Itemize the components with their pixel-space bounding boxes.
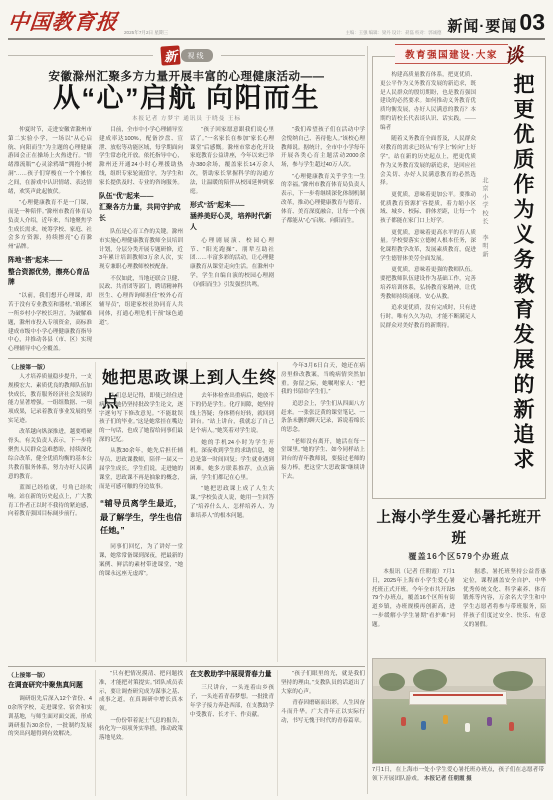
- bottom-band: （上接第一版） 在调查研究中聚焦真问题 调研组先后深入12个省份、40余所学校，…: [8, 670, 365, 796]
- dajiatan-badge-calligraphy: 谈: [502, 39, 525, 68]
- masthead-credits: 主编：王强 编辑：梁丹 设计：聂磊 校对：郭诚德: [346, 30, 442, 36]
- paragraph: 更优质，意味着更加公平。要推动优质教育资源扩容提质，着力缩小区域、城乡、校际、群…: [380, 191, 476, 226]
- paragraph: 不仅如此，当地还联合卫健、民政、共青团等部门，聘请精神科医生、心理咨询师担任“校…: [99, 275, 183, 328]
- band-rule: [8, 358, 365, 359]
- bottom-subhead-1: 在调查研究中聚焦真问题: [8, 681, 92, 692]
- paragraph: 青春因磨砺而出彩，人生因奋斗而升华。广大青年正以实际行动，书写无愧于时代的青春篇…: [281, 699, 365, 725]
- pull-quote: “辅导员离学生最近，最了解学生，学生也信任她。”: [100, 497, 182, 539]
- paragraph: 队伍是心育工作的关键。滁州市实施心理健康教育教师全员培训计划，分层分类开展专题研…: [99, 228, 183, 272]
- article-column: “我们希望孩子们在活动中学会悦纳自己、善待他人。”该校心理教师说。据统计，全市中…: [281, 126, 365, 354]
- paragraph: 本报讯（记者 任朝霞）7月1日，2025年上海市小学生爱心暑托班正式开班。今年全…: [372, 568, 455, 630]
- paragraph: “以前，我们想开心理课，却苦于没有专业教室和器材。”琅琊区一所乡村小学校长坦言。…: [8, 292, 92, 354]
- paragraph: 更优质，意味着更高水平的育人质量。学校要落实立德树人根本任务，深化课程教学改革，…: [380, 229, 476, 264]
- shanghai-headline: 上海小学生爱心暑托班开班: [372, 506, 546, 548]
- photo-banner: [409, 691, 507, 705]
- subhead-line2: 涵养美好心灵，培养时代新人: [190, 212, 274, 233]
- dajiatan-vertical-headline: 把更优质作为义务教育发展的新追求: [509, 73, 535, 483]
- paragraph: 更优质，意味着更强的教师队伍。要把教师队伍建设作为基础工作，完善培养培训体系，弘…: [380, 266, 476, 301]
- paragraph: 目前，全市中小学心理辅导室建成率达100%，配备沙盘、宣泄、放松等功能区域，每学…: [99, 126, 183, 188]
- region-divider: [367, 46, 368, 794]
- paragraph: 从教30余年，她先后担任辅导员、思政课教师，陪伴一届又一届学生成长。学生们说，走…: [99, 447, 183, 491]
- newspaper-page: 中国教育报 2025年7月2日 星期三 主编：王强 编辑：梁丹 设计：聂磊 校对…: [0, 0, 553, 800]
- shanghai-dek: 覆盖16个区579个办班点: [372, 551, 546, 562]
- photo-figure: [509, 722, 514, 731]
- paragraph: 随着义务教育全面普及，人民群众对教育的需求已经从“有学上”转向“上好学”。站在新…: [380, 135, 476, 188]
- badge-rule-left: [8, 55, 153, 56]
- band-rule: [8, 666, 365, 667]
- paragraph: 改革越向纵深推进，越要啃硬骨头。有关负责人表示，下一步将聚焦人民群众急难愁盼，持…: [8, 428, 92, 481]
- masthead: 中国教育报 2025年7月2日 星期三 主编：王强 编辑：梁丹 设计：聂磊 校对…: [8, 6, 545, 36]
- topic-badge: 新 视线: [8, 46, 365, 65]
- header-rule: [8, 38, 545, 40]
- left-region: 新 视线 安徽滁州汇聚多方力量开展丰富的心理健康活动—— 从“心”启航 向阳而生…: [8, 44, 365, 796]
- paragraph: “孩子们眼里的光，就是我们坚持的理由。”支教队员的话道出了大家的心声。: [281, 670, 365, 696]
- dajiatan-badge-label: 教育强国建设·大家: [395, 44, 508, 64]
- jump-note: （上接第一版）: [8, 670, 92, 679]
- new-badge-icon: 新: [160, 45, 180, 65]
- paragraph: “心理健康教育关乎学生一生的幸福。”滁州市教育体育局负责人表示，下一步将继续深化…: [281, 173, 365, 226]
- photo-caption: 7月1日，在上海市一处小学生爱心暑托班办班点，孩子们在志愿者带领下开展团队游戏。…: [372, 766, 544, 784]
- badge-rule-right: [221, 55, 366, 56]
- right-region: 教育强国建设·大家 谈 构建高质量教育体系，把更优质、更公平作为义务教育发展的新…: [372, 44, 546, 796]
- photo-figure: [465, 723, 470, 732]
- masthead-date: 2025年7月2日 星期三: [124, 30, 168, 36]
- section-title: 新闻·要闻: [447, 15, 517, 36]
- photo-figure: [487, 717, 492, 726]
- subhead-line1: 阵地“搭”起来——: [8, 256, 92, 267]
- dajiatan-badge: 教育强国建设·大家 谈: [372, 44, 546, 64]
- subhead-line2: 整合资源优势，擦亮心育品牌: [8, 268, 92, 289]
- paragraph: “我们希望孩子们在活动中学会悦纳自己、善待他人。”该校心理教师说。据统计，全市中…: [281, 126, 365, 170]
- article-column: 今年3月6日白天，她还在病房里修改教案，当晚病情突然加重。弥留之际，她嘱咐家人：…: [281, 362, 365, 662]
- article-column: 目前，全市中小学心理辅导室建成率达100%，配备沙盘、宣泄、放松等功能区域，每学…: [99, 126, 183, 354]
- bottom-subhead-2: 在支教助学中展现青春力量: [190, 670, 274, 681]
- jump-article-column: （上接第一版） 人才培养质量稳步提升，一支规模宏大、素质优良的教师队伍加快成长，…: [8, 362, 92, 662]
- paragraph: 调研组先后深入12个省份、40余所学校，走进课堂、宿舍和实训基地，与师生面对面交…: [8, 695, 92, 739]
- article-column: 在支教助学中展现青春力量 三尺讲台，一头连着山乡孩子，一头连着青春梦想。一批批青…: [190, 670, 274, 796]
- photo-credit: 本报记者 任朝霞 摄: [424, 776, 472, 782]
- paragraph: 去年体检查出重病后，她放不下的仍是学生。化疗间隙，她坚持线上答疑；身体稍有好转，…: [190, 392, 274, 436]
- dajiatan-box: 构建高质量教育体系，把更优质、更公平作为义务教育发展的新追求，既是人民群众的殷切…: [372, 56, 546, 499]
- paragraph: 同事们回忆，为了讲好一堂课，她常常备课到深夜，把最新的案例、鲜活的素材带进课堂，…: [99, 543, 183, 578]
- middle-band: （上接第一版） 人才培养质量稳步提升，一支规模宏大、素质优良的教师队伍加快成长，…: [8, 362, 365, 662]
- photo-figure: [443, 715, 448, 724]
- article-column: “孩子们眼里的光，就是我们坚持的理由。”支教队员的话道出了大家的心声。 青春因磨…: [281, 670, 365, 796]
- photo-figure: [421, 721, 426, 730]
- shanghai-article: 上海小学生爱心暑托班开班 覆盖16个区579个办班点 本报讯（记者 任朝霞）7月…: [372, 506, 546, 676]
- jump-article-column: （上接第一版） 在调查研究中聚焦真问题 调研组先后深入12个省份、40余所学校，…: [8, 670, 92, 796]
- paragraph: 她的手机24小时为学生开机。深夜收到学生的求助信息，她总是第一时间回复；学生就业…: [190, 439, 274, 483]
- column-rule: [277, 362, 278, 662]
- photo-ground: [373, 699, 545, 763]
- photo-tree: [413, 669, 447, 691]
- paragraph: 人们总是记得，即使已经住进病房，她仍坚持批改学生论文，逐字逐句写下修改意见。“不…: [99, 392, 183, 445]
- page-number: 03: [519, 9, 545, 36]
- paragraph: 追求更优质，没有完成时，只有进行时。唯有久久为功，才能不断满足人民群众对美好教育…: [380, 304, 476, 330]
- paragraph: 三尺讲台，一头连着山乡孩子，一头连着青春梦想。一批批青年学子接力奔赴西部，在支教…: [190, 684, 274, 719]
- paragraph: 心理剧展演、校园心理节、“阳光跑操”、朋辈互助社团……丰富多彩的活动，让心理健康…: [190, 237, 274, 290]
- photo-tree: [379, 673, 405, 691]
- paragraph: “孩子回家愿意跟我们说心里话了。”一名家长在参加“家长心理课堂”后感慨。滁州市常…: [190, 126, 274, 197]
- subhead-line2: 汇聚各方力量，共同守护成长: [99, 203, 183, 224]
- paragraph: “她把思政课上成了人生大课。”学校负责人说，她用一生回答了“培养什么人、怎样培养…: [190, 485, 274, 520]
- main-byline: 本报记者 方梦宇 通讯员 于晓曼 王标: [8, 114, 365, 122]
- column-rule: [186, 670, 187, 796]
- main-headline: 从“心”启航 向阳而生: [8, 84, 365, 114]
- dajiatan-author: 北京小学校长 李明新: [480, 177, 489, 377]
- article-column: 去年体检查出重病后，她放不下的仍是学生。化疗间隙，她坚持线上答疑；身体稍有好转，…: [190, 392, 274, 662]
- paragraph: 蓝图已经绘就，号角已经吹响。站在新的历史起点上，广大教育工作者正以时不我待的紧迫…: [8, 484, 92, 519]
- paragraph: 仲夏时节，走进安徽省滁州市第二实验小学，一场以“从心启航、向阳而生”为主题的心理…: [8, 126, 92, 197]
- subhead-line1: 队伍“优”起来——: [99, 192, 183, 203]
- paragraph: “老师没有离开，她活在每一堂课里。”她的学生、如今同样站上讲台的青年教师说，要接…: [281, 438, 365, 482]
- subhead-line1: 形式“活”起来——: [190, 201, 274, 212]
- dajiatan-body: 构建高质量教育体系，把更优质、更公平作为义务教育发展的新追求，既是人民群众的殷切…: [380, 71, 476, 489]
- column-rule: [95, 362, 96, 662]
- badge-label: 视线: [181, 49, 213, 62]
- paragraph: “心理健康教育不是一门课，而是一种陪伴。”滁州市教育体育局负责人介绍，近年来，当…: [8, 199, 92, 252]
- paragraph: 一份份带着泥土气息的报告，转化为一项项务实举措，推动政策落地见效。: [99, 717, 183, 743]
- article-column: 仲夏时节，走进安徽省滁州市第二实验小学，一场以“从心启航、向阳而生”为主题的心理…: [8, 126, 92, 354]
- news-photo: [372, 658, 546, 764]
- column-rule: [277, 670, 278, 796]
- main-article-body: 仲夏时节，走进安徽省滁州市第二实验小学，一场以“从心启航、向阳而生”为主题的心理…: [8, 126, 365, 354]
- photo-tree: [493, 671, 533, 691]
- article-column: “只有把情况摸清、把问题找准，才能把对策提实。”团队成员表示，要让调查研究成为谋…: [99, 670, 183, 796]
- column-rule: [95, 670, 96, 796]
- article-column: “孩子回家愿意跟我们说心里话了。”一名家长在参加“家长心理课堂”后感慨。滁州市常…: [190, 126, 274, 354]
- article-column: 人们总是记得，即使已经住进病房，她仍坚持批改学生论文，逐字逐句写下修改意见。“不…: [99, 392, 183, 662]
- paragraph: 据悉，暑托班坚持公益普惠定位，课程涵盖安全自护、中华优秀传统文化、科学素养、体育…: [463, 568, 546, 630]
- paragraph: 今年3月6日白天，她还在病房里修改教案，当晚病情突然加重。弥留之际，她嘱咐家人：…: [281, 362, 365, 397]
- paragraph: “只有把情况摸清、把问题找准，才能把对策提实。”团队成员表示，要让调查研究成为谋…: [99, 670, 183, 714]
- jump-note: （上接第一版）: [8, 362, 92, 371]
- editor-note: 构建高质量教育体系，把更优质、更公平作为义务教育发展的新追求，既是人民群众的殷切…: [380, 71, 476, 133]
- newspaper-logo: 中国教育报: [6, 6, 119, 36]
- paragraph: 追思会上，学生们从四面八方赶来。一张张泛黄的课堂笔记、一条条未删的聊天记录，诉说…: [281, 400, 365, 435]
- article-kicker: 安徽滁州汇聚多方力量开展丰富的心理健康活动——: [8, 68, 365, 84]
- photo-figure: [401, 717, 406, 726]
- paragraph: 人才培养质量稳步提升，一支规模宏大、素质优良的教师队伍加快成长，教育服务经济社会…: [8, 373, 92, 426]
